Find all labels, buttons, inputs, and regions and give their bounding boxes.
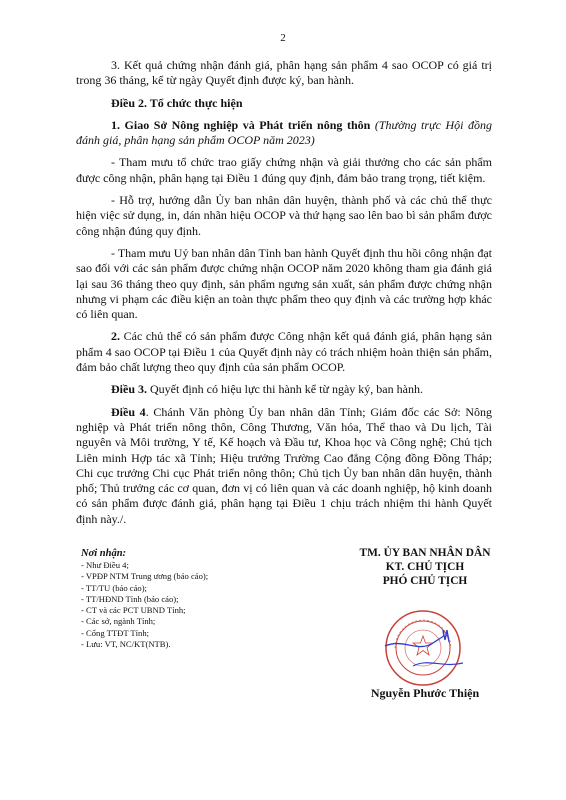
signature-title-1: TM. ỦY BAN NHÂN DÂN bbox=[340, 546, 510, 560]
recipients-block: Nơi nhận: - Như Điều 4; - VPĐP NTM Trung… bbox=[81, 548, 208, 650]
recipient-item: - Cổng TTĐT Tỉnh; bbox=[81, 628, 208, 639]
recipient-item: - Các sở, ngành Tỉnh; bbox=[81, 616, 208, 627]
article-3: Điều 3. Quyết định có hiệu lực thi hành … bbox=[76, 382, 492, 397]
article-2-heading: Điều 2. Tổ chức thực hiện bbox=[76, 96, 492, 111]
recipient-item: - CT và các PCT UBND Tỉnh; bbox=[81, 605, 208, 616]
recipient-item: - TT/TU (báo cáo); bbox=[81, 583, 208, 594]
page-number: 2 bbox=[0, 32, 566, 44]
paragraph-validity: 3. Kết quả chứng nhận đánh giá, phân hạn… bbox=[76, 58, 492, 89]
paragraph-assign-department: 1. Giao Sở Nông nghiệp và Phát triển nôn… bbox=[76, 118, 492, 149]
recipient-item: - VPĐP NTM Trung ương (báo cáo); bbox=[81, 571, 208, 582]
paragraph-award-ceremony: - Tham mưu tổ chức trao giấy chứng nhận … bbox=[76, 155, 492, 186]
signer-name: Nguyễn Phước Thiện bbox=[340, 686, 510, 701]
recipient-item: - Như Điều 4; bbox=[81, 560, 208, 571]
recipients-title: Nơi nhận: bbox=[81, 548, 208, 560]
recipient-item: - Lưu: VT, NC/KT(NTB). bbox=[81, 639, 208, 650]
paragraph-producers: 2. Các chủ thể có sản phẩm được Công nhậ… bbox=[76, 329, 492, 375]
article-4: Điều 4. Chánh Văn phòng Ủy ban nhân dân … bbox=[76, 405, 492, 527]
document-body: 3. Kết quả chứng nhận đánh giá, phân hạn… bbox=[76, 58, 492, 534]
paragraph-revocation: - Tham mưu Uỷ ban nhân dân Tỉnh ban hành… bbox=[76, 246, 492, 322]
signature-title-3: PHÓ CHỦ TỊCH bbox=[340, 574, 510, 588]
signature-block: TM. ỦY BAN NHÂN DÂN KT. CHỦ TỊCH PHÓ CHỦ… bbox=[340, 546, 510, 588]
recipient-item: - TT/HĐND Tỉnh (báo cáo); bbox=[81, 594, 208, 605]
official-seal-icon bbox=[383, 608, 463, 688]
paragraph-label-support: - Hỗ trợ, hướng dẫn Ủy ban nhân dân huyệ… bbox=[76, 193, 492, 239]
signature-title-2: KT. CHỦ TỊCH bbox=[340, 560, 510, 574]
